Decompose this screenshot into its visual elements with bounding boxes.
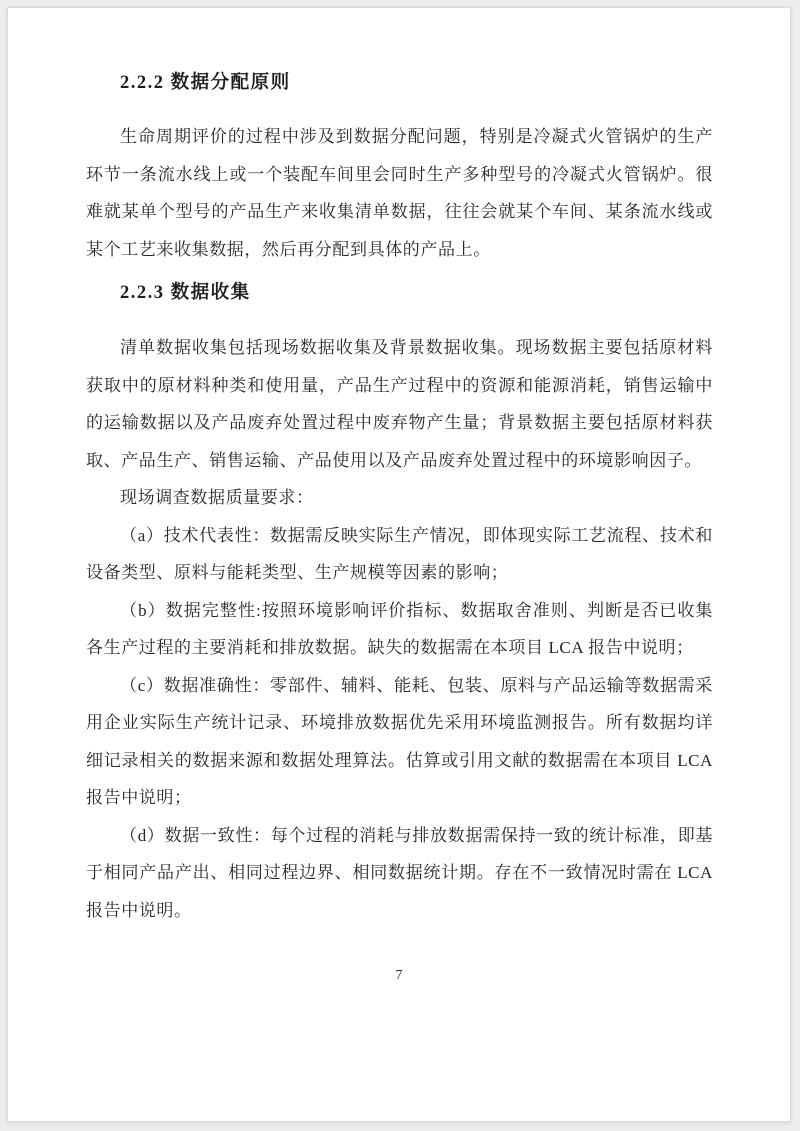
page-number: 7 bbox=[8, 967, 790, 985]
paragraph-data-allocation: 生命周期评价的过程中涉及到数据分配问题，特别是冷凝式火管锅炉的生产环节一条流水线… bbox=[86, 118, 713, 268]
paragraph-item-d-consistency: （d）数据一致性：每个过程的消耗与排放数据需保持一致的统计标准，即基于相同产品产… bbox=[86, 817, 713, 930]
heading-2-2-2-data-allocation: 2.2.2 数据分配原则 bbox=[86, 68, 713, 98]
document-page: 2.2.2 数据分配原则 生命周期评价的过程中涉及到数据分配问题，特别是冷凝式火… bbox=[7, 7, 791, 1122]
heading-2-2-3-data-collection: 2.2.3 数据收集 bbox=[86, 278, 713, 308]
paragraph-item-a-representativeness: （a）技术代表性：数据需反映实际生产情况，即体现实际工艺流程、技术和设备类型、原… bbox=[86, 517, 713, 592]
paragraph-quality-requirements-intro: 现场调查数据质量要求： bbox=[86, 479, 713, 517]
paragraph-item-c-accuracy: （c）数据准确性：零部件、辅料、能耗、包装、原料与产品运输等数据需采用企业实际生… bbox=[86, 667, 713, 817]
paragraph-data-collection: 清单数据收集包括现场数据收集及背景数据收集。现场数据主要包括原材料获取中的原材料… bbox=[86, 329, 713, 479]
paragraph-item-b-completeness: （b）数据完整性:按照环境影响评价指标、数据取舍准则、判断是否已收集各生产过程的… bbox=[86, 592, 713, 667]
page-content: 2.2.2 数据分配原则 生命周期评价的过程中涉及到数据分配问题，特别是冷凝式火… bbox=[8, 8, 790, 929]
